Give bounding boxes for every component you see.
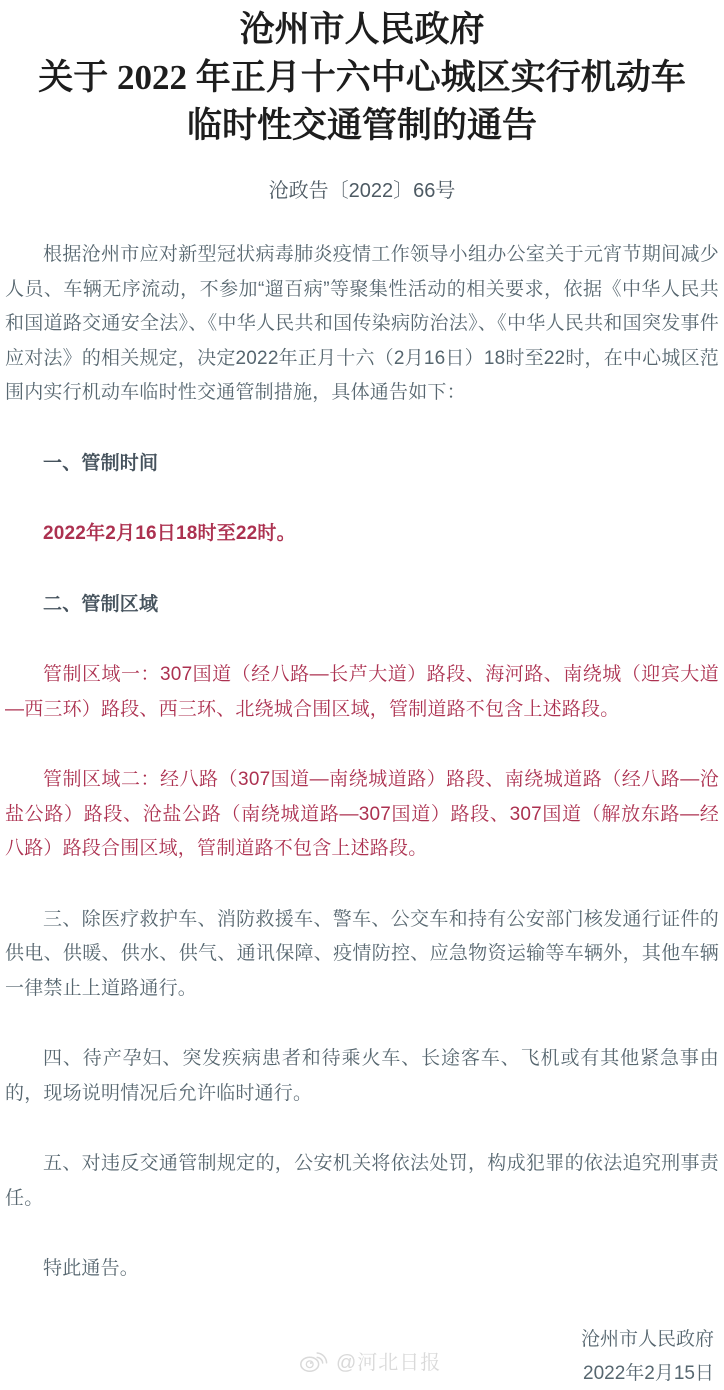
title-line-3: 临时性交通管制的通告 <box>187 106 537 145</box>
document-title: 沧州市人民政府 关于 2022 年正月十六中心城区实行机动车 临时性交通管制的通… <box>8 6 716 150</box>
section-3-paragraph: 三、除医疗救护车、消防救援车、警车、公交车和持有公安部门核发通行证件的供电、供暖… <box>5 903 719 1007</box>
section-4-paragraph: 四、待产孕妇、突发疾病患者和待乘火车、长途客车、飞机或有其他紧急事由的，现场说明… <box>5 1042 719 1111</box>
watermark: @河北日报 <box>298 1342 441 1378</box>
intro-paragraph: 根据沧州市应对新型冠状病毒肺炎疫情工作领导小组办公室关于元宵节期间减少人员、车辆… <box>5 238 719 411</box>
title-line-2: 关于 2022 年正月十六中心城区实行机动车 <box>38 58 686 97</box>
control-zone-2: 管制区域二：经八路（307国道—南绕城道路）路段、南绕城道路（经八路—沧盐公路）… <box>5 763 719 867</box>
notice-page: 沧州市人民政府 关于 2022 年正月十六中心城区实行机动车 临时性交通管制的通… <box>0 0 724 1390</box>
title-line-1: 沧州市人民政府 <box>239 10 484 49</box>
closing-paragraph: 特此通告。 <box>5 1252 719 1287</box>
document-body: 根据沧州市应对新型冠状病毒肺炎疫情工作领导小组办公室关于元宵节期间减少人员、车辆… <box>0 238 724 1287</box>
section-2-heading: 二、管制区域 <box>5 588 719 623</box>
watermark-text: @河北日报 <box>336 1346 441 1375</box>
control-time: 2022年2月16日18时至22时。 <box>5 517 719 552</box>
document-number: 沧政告〔2022〕66号 <box>0 180 724 202</box>
control-zone-1: 管制区域一：307国道（经八路—长芦大道）路段、海河路、南绕城（迎宾大道—西三环… <box>5 658 719 727</box>
weibo-icon <box>298 1345 328 1375</box>
section-1-heading: 一、管制时间 <box>5 447 719 482</box>
section-5-paragraph: 五、对违反交通管制规定的，公安机关将依法处罚，构成犯罪的依法追究刑事责任。 <box>5 1147 719 1216</box>
